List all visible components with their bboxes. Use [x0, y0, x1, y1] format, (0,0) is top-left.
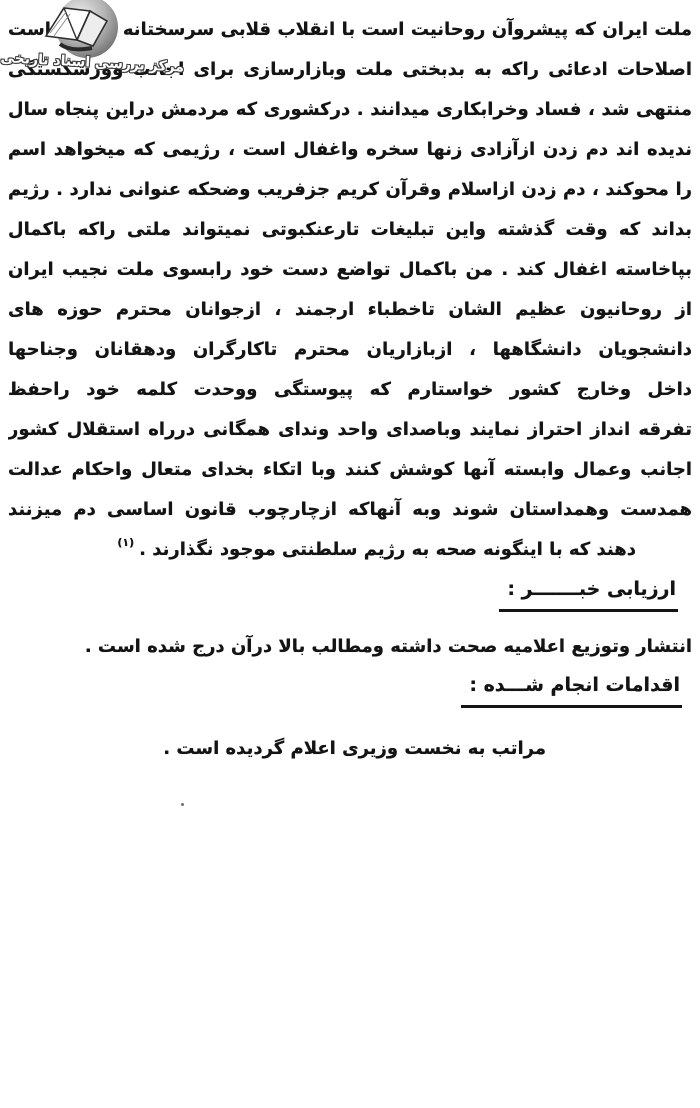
document-line: بپاخاسته اغفال کند . من باکمال تواضع دست…	[8, 250, 692, 290]
document-line: دانشجویان دانشگاهها ، ازبازاریان محترم ت…	[8, 330, 692, 370]
document-line: تفرقه انداز احتراز نمایند وباصدای واحد و…	[8, 410, 692, 450]
actions-text: مراتب به نخست وزیری اعلام گردیده است .	[8, 734, 546, 764]
document-line: بداند که وقت گذشته واین تبلیغات تارعنکبو…	[8, 210, 692, 250]
document-line: داخل وخارج کشور خواستارم که پیوستگی ووحد…	[8, 370, 692, 410]
document-line: اصلاحات ادعائی راکه به بدبختی ملت وبازار…	[8, 50, 692, 90]
section-heading-actions: اقدامات انجام شـــده :	[8, 674, 682, 708]
document-body: ملت ایران که پیشروآن روحانیت است با انقل…	[8, 10, 692, 570]
document-line: دهند که با اینگونه صحه به رژیم سلطنتی مو…	[139, 539, 636, 560]
footnote-marker: (۱)	[117, 536, 134, 549]
heading-underlined-text: اقدامات انجام شـــده :	[461, 674, 682, 708]
evaluation-text: انتشار وتوزیع اعلامیه صحت داشته ومطالب ب…	[8, 632, 692, 662]
document-line: را محوکند ، دم زدن ازاسلام وقرآن کریم جز…	[8, 170, 692, 210]
report-sections: ارزیابی خبـــــــر : انتشار وتوزیع اعلام…	[8, 578, 692, 764]
section-heading-evaluation: ارزیابی خبـــــــر :	[8, 578, 678, 612]
heading-underlined-text: ارزیابی خبـــــــر :	[499, 578, 678, 612]
document-line: ندیده اند دم زدن ازآزادی زنها سخره واغفا…	[8, 130, 692, 170]
document-line: منتهی شد ، فساد وخرابکاری میدانند . درکش…	[8, 90, 692, 130]
document-line: اجانب وعمال وابسته آنها کوشش کنند وبا ات…	[8, 450, 692, 490]
scanned-document-page: مرکز بررسی اسناد تاریخی ملت ایران که پیش…	[0, 0, 700, 1108]
document-line: از روحانیون عظیم الشان تاخطباء ارجمند ، …	[8, 290, 692, 330]
document-line: همدست وهمداستان شوند وبه آنهاکه ازچارچوب…	[8, 490, 692, 530]
document-line: ملت ایران که پیشروآن روحانیت است با انقل…	[8, 10, 692, 50]
scan-speck	[181, 803, 184, 806]
document-line-with-footnote: دهند که با اینگونه صحه به رژیم سلطنتی مو…	[48, 530, 636, 570]
